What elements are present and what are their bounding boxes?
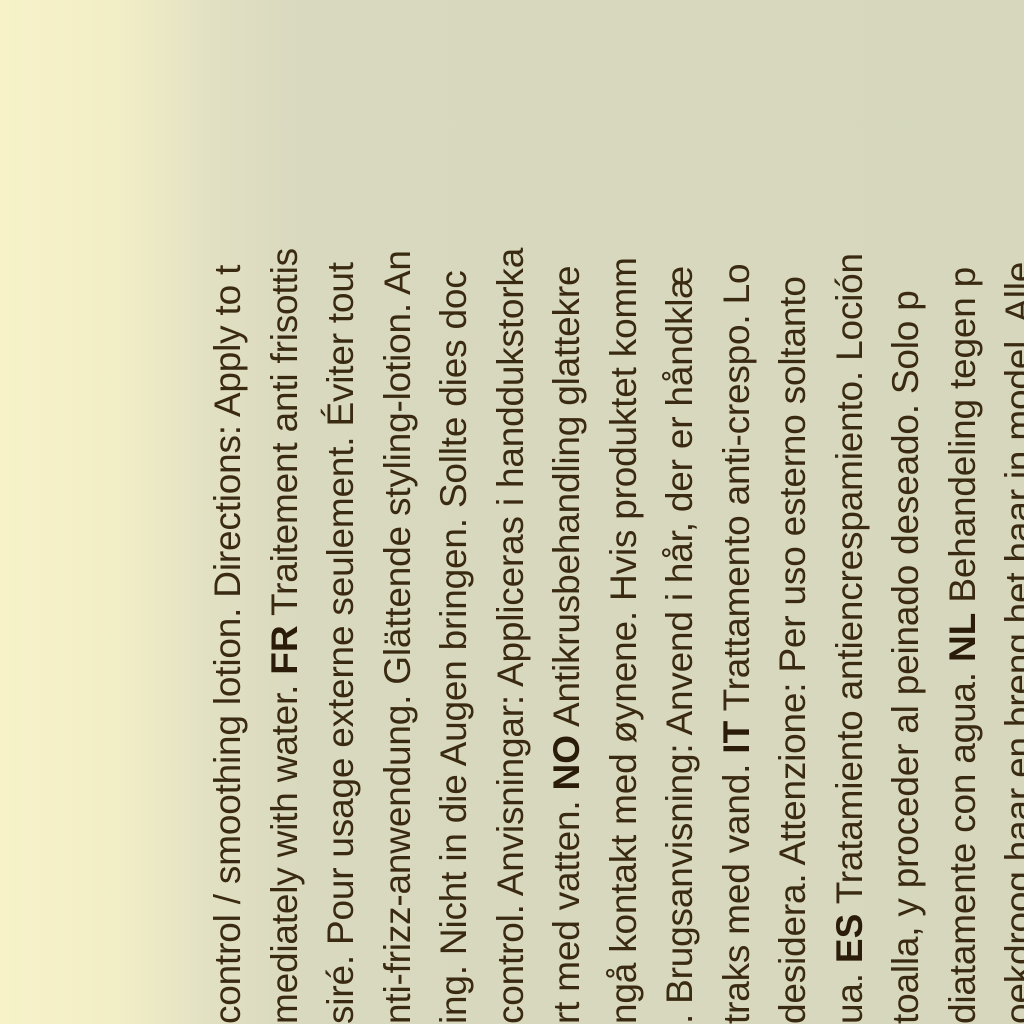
text-line: toalla, y proceder al peinado deseado. S…: [878, 0, 935, 1024]
language-code-no: NO: [546, 735, 587, 791]
multilingual-directions-text: control / smoothing lotion. Directions: …: [200, 0, 1024, 1024]
language-code-fr: FR: [264, 625, 305, 674]
text-line: ngå kontakt med øynene. Hvis produktet k…: [596, 0, 653, 1024]
language-code-it: IT: [716, 721, 757, 754]
text-line: nti-frizz-anwendung. Glättende styling-l…: [370, 0, 427, 1024]
text-line: mediately with water. FR Traitement anti…: [257, 0, 314, 1024]
text-line: diatamente con agua. NL Behandeling tege…: [935, 0, 992, 1024]
text-line: control / smoothing lotion. Directions: …: [200, 0, 257, 1024]
text-line: . Brugsanvisning: Anvend i hår, der er h…: [652, 0, 709, 1024]
language-code-nl: NL: [942, 613, 983, 662]
text-line: siré. Pour usage externe seulement. Évit…: [313, 0, 370, 1024]
text-line: desidera. Attenzione: Per uso esterno so…: [765, 0, 822, 1024]
text-line: ua. ES Tratamiento antiencrespamiento. L…: [822, 0, 879, 1024]
language-code-es: ES: [829, 914, 870, 963]
text-line: control. Anvisningar: Appliceras i handd…: [483, 0, 540, 1024]
text-line: ing. Nicht in die Augen bringen. Sollte …: [426, 0, 483, 1024]
text-line: rt med vatten. NO Antikrusbehandling gla…: [539, 0, 596, 1024]
text-line: oekdroog haar en breng het haar in model…: [991, 0, 1024, 1024]
text-line: traks med vand. IT Trattamento anti-cres…: [709, 0, 766, 1024]
